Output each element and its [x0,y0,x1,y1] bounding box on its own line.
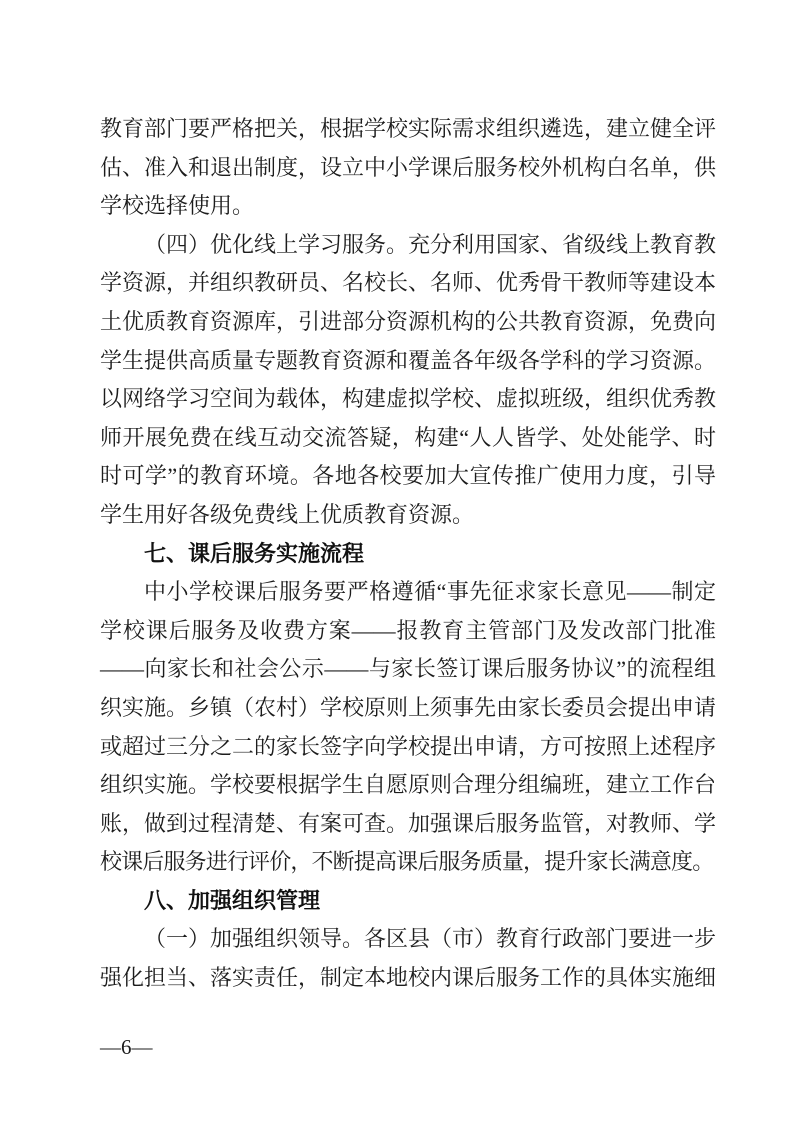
body-line: 学校选择使用。 [100,187,716,226]
body-line: ——向家长和社会公示——与家长签订课后服务协议”的流程组 [100,650,716,689]
document-body: 教育部门要严格把关，根据学校实际需求组织遴选，建立健全评 估、准入和退出制度，设… [100,110,716,998]
document-page: 教育部门要严格把关，根据学校实际需求组织遴选，建立健全评 估、准入和退出制度，设… [0,0,793,1122]
body-line: 学生用好各级免费线上优质教育资源。 [100,496,716,535]
body-line: 教育部门要严格把关，根据学校实际需求组织遴选，建立健全评 [100,110,716,149]
body-line: 中小学校课后服务要严格遵循“事先征求家长意见——制定 [100,573,716,612]
body-line: 组织实施。学校要根据学生自愿原则合理分组编班，建立工作台 [100,766,716,805]
body-line: 学资源，并组织教研员、名校长、名师、优秀骨干教师等建设本 [100,264,716,303]
section-heading: 八、加强组织管理 [100,882,716,921]
body-line: （四）优化线上学习服务。充分利用国家、省级线上教育教 [100,226,716,265]
section-heading: 七、课后服务实施流程 [100,535,716,574]
body-line: 土优质教育资源库，引进部分资源机构的公共教育资源，免费向 [100,303,716,342]
body-line: 估、准入和退出制度，设立中小学课后服务校外机构白名单，供 [100,149,716,188]
body-line: （一）加强组织领导。各区县（市）教育行政部门要进一步 [100,920,716,959]
body-line: 师开展免费在线互动交流答疑，构建“人人皆学、处处能学、时 [100,419,716,458]
body-line: 强化担当、落实责任，制定本地校内课后服务工作的具体实施细 [100,959,716,998]
body-line: 账，做到过程清楚、有案可查。加强课后服务监管，对教师、学 [100,805,716,844]
body-line: 学生提供高质量专题教育资源和覆盖各年级各学科的学习资源。 [100,342,716,381]
body-line: 学校课后服务及收费方案——报教育主管部门及发改部门批准 [100,612,716,651]
body-line: 或超过三分之二的家长签字向学校提出申请，方可按照上述程序 [100,728,716,767]
body-line: 以网络学习空间为载体，构建虚拟学校、虚拟班级，组织优秀教 [100,380,716,419]
body-line: 织实施。乡镇（农村）学校原则上须事先由家长委员会提出申请 [100,689,716,728]
page-number: —6— [100,1034,153,1060]
body-line: 时可学”的教育环境。各地各校要加大宣传推广使用力度，引导 [100,457,716,496]
body-line: 校课后服务进行评价，不断提高课后服务质量，提升家长满意度。 [100,843,716,882]
